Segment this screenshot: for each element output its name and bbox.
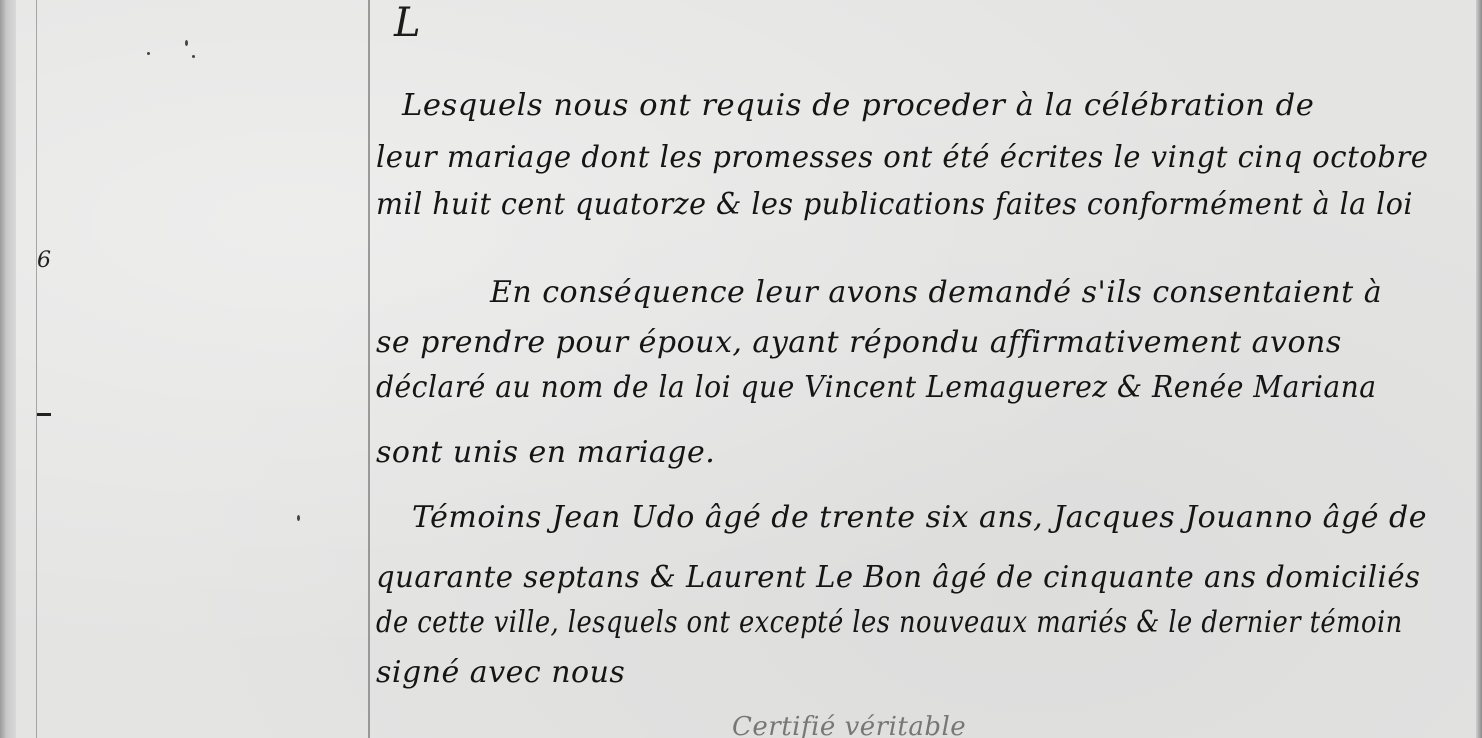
- text-line: leur mariage dont les promesses ont été …: [376, 140, 1428, 175]
- text-line: En conséquence leur avons demandé s'ils …: [490, 275, 1382, 310]
- text-line: Témoins Jean Udo âgé de trente six ans, …: [412, 500, 1427, 535]
- text-line: quarante septans & Laurent Le Bon âgé de…: [376, 560, 1420, 595]
- record-text: L Lesquels nous ont requis de proceder à…: [372, 0, 1476, 738]
- text-line: de cette ville, lesquels ont excepté les…: [376, 605, 1403, 640]
- scanned-register-page: 6 L Lesquels nous ont requis de proceder…: [0, 0, 1482, 738]
- page-right-edge: [1476, 0, 1482, 738]
- ink-speck: [185, 40, 188, 46]
- margin-mark: 6: [37, 248, 51, 273]
- ink-speck: [147, 52, 150, 55]
- text-line: mil huit cent quatorze & les publication…: [376, 187, 1413, 222]
- closing-certification: Certifié véritable: [732, 712, 966, 738]
- margin-column: 6: [37, 0, 367, 738]
- text-line: sont unis en mariage.: [376, 435, 715, 470]
- text-line: se prendre pour époux, ayant répondu aff…: [376, 325, 1342, 360]
- text-line: déclaré au nom de la loi que Vincent Lem…: [376, 370, 1377, 405]
- ink-speck: [192, 55, 195, 58]
- margin-rule-inner: [368, 0, 370, 738]
- margin-dash-mark: [37, 413, 51, 416]
- section-mark: L: [394, 0, 421, 46]
- ink-speck: [297, 515, 300, 521]
- page-binding-edge: [0, 0, 16, 738]
- text-line: Lesquels nous ont requis de proceder à l…: [402, 88, 1314, 123]
- text-line: signé avec nous: [376, 655, 625, 690]
